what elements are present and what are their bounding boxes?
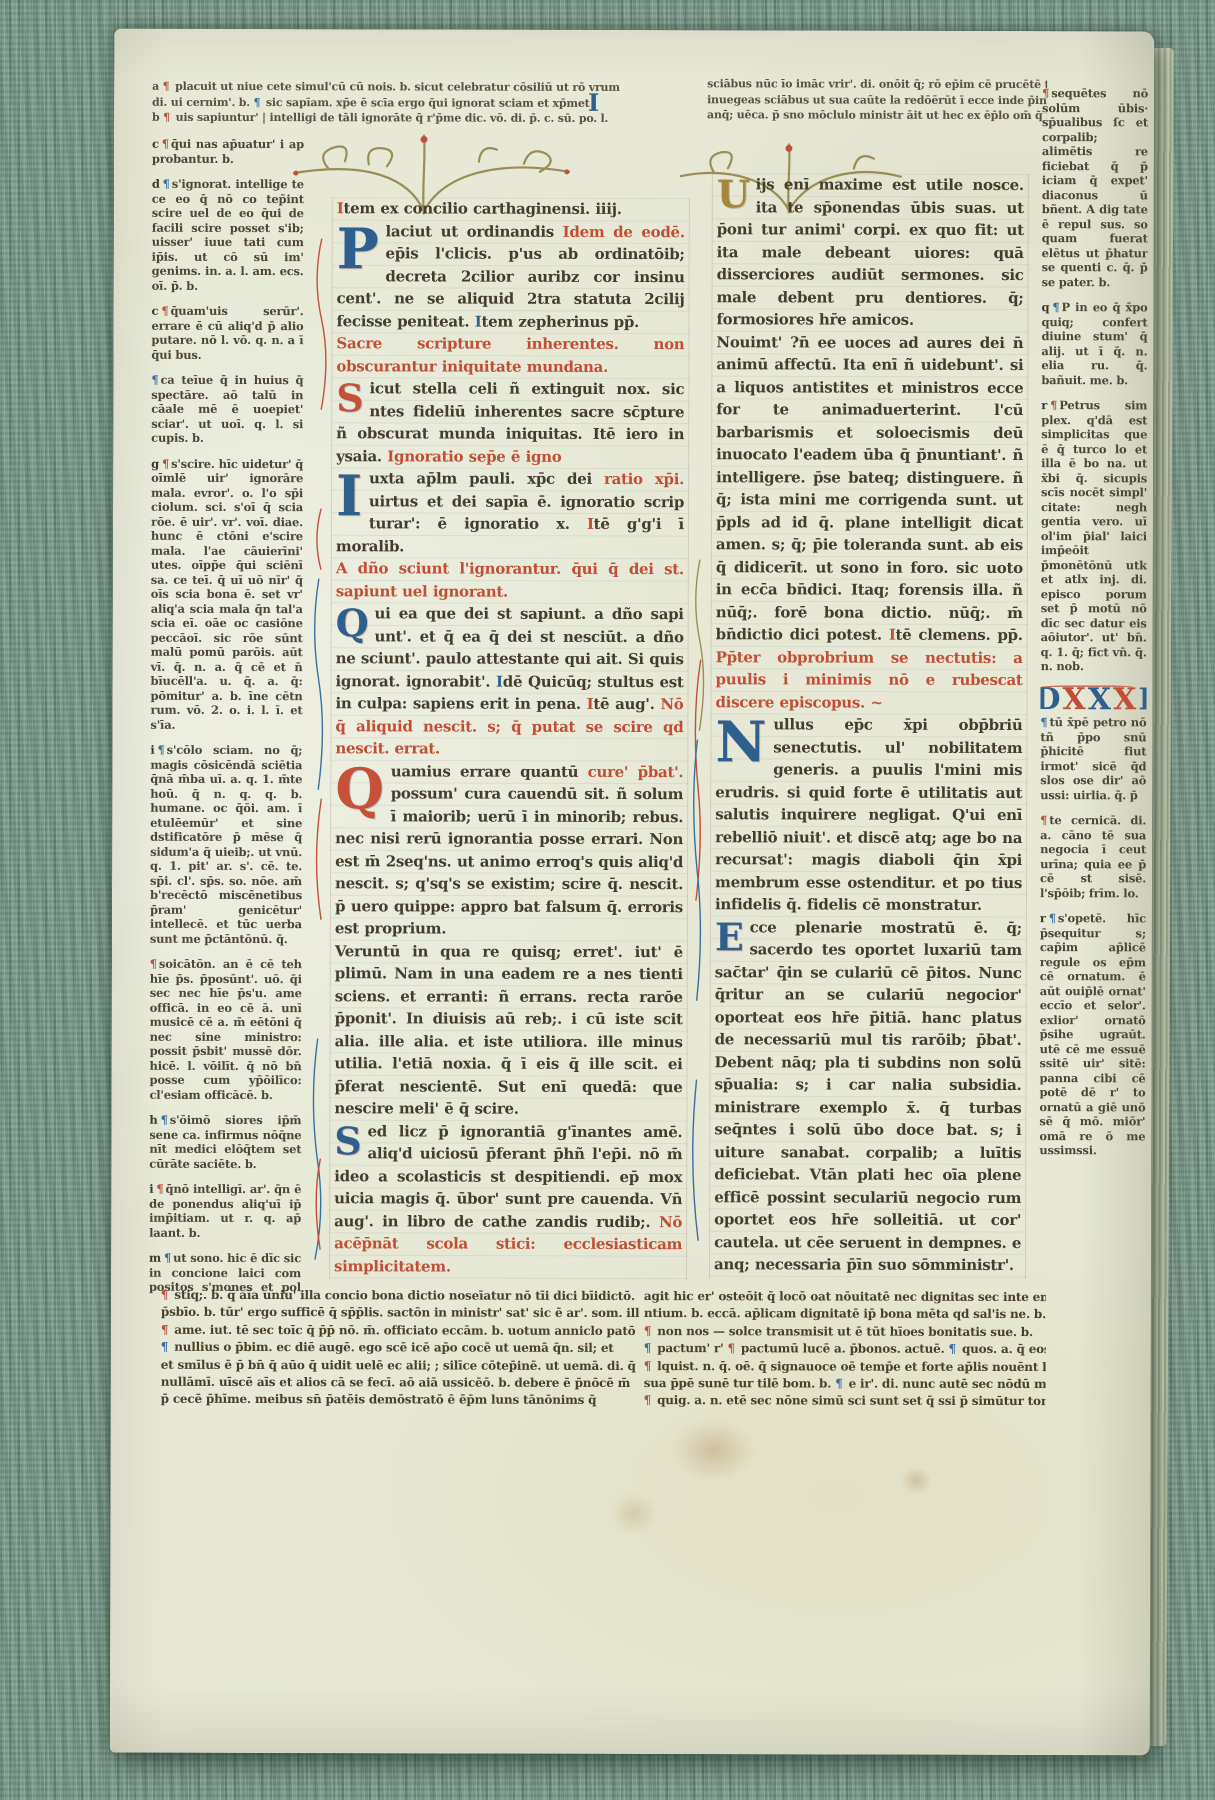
gloss-marker: d	[152, 177, 160, 191]
gloss-entry: ¶te cernicā. di. a. cāno tē sua negocia …	[1040, 813, 1146, 900]
gloss-line: ¶ nullius o p̄bim. ec diē augē. ego scē …	[161, 1339, 639, 1358]
text-run: tem ex concilio carthaginensi. iiij.	[343, 199, 621, 218]
text-block: Iuxta ap̄lm pauli. xp̄c dei ratio xp̄i. …	[336, 467, 684, 558]
folio-letter: X	[1088, 682, 1113, 717]
gloss-line: sua p̄pē sunē tur tilē bom. b. ¶ e ir'. …	[644, 1375, 1046, 1393]
text-block: Sed licz p̄ ignorantiā g'īnantes amē. al…	[334, 1120, 682, 1278]
text-run: cure' p̄bat'.	[588, 762, 684, 780]
paragraph-mark: ¶	[644, 1341, 651, 1355]
text-run: tem zepherinus pp̄.	[481, 312, 638, 330]
gloss-line: a ¶ placuit ut niue cete simul'cū cū noi…	[152, 79, 712, 96]
paragraph-mark: ¶	[949, 1342, 956, 1356]
paragraph-mark: ¶	[151, 373, 158, 387]
parchment-stain	[900, 1467, 932, 1495]
text-run: tē aug'.	[593, 695, 660, 713]
folio-number: DXXXIX	[1039, 693, 1147, 708]
main-column-right: Uijs enī maxime est utile nosce. ita te …	[709, 173, 1029, 1279]
header-gloss-right: sciābus nūc īo imāc vrir'. di. onōit q̄;…	[647, 76, 1047, 129]
paragraph-mark: ¶	[835, 1377, 842, 1391]
gloss-entry: i¶s'cōlo sciam. no q̄; magis cōsicēndā s…	[150, 743, 303, 946]
gloss-text: s'cōlo sciam. no q̄; magis cōsicēndā sci…	[150, 743, 303, 946]
gloss-line: sciābus nūc īo imāc vrir'. di. onōit q̄;…	[707, 76, 1047, 92]
text-block: Nouimt' ?n̄ ee uoces ad aures dei n̄ ani…	[715, 331, 1023, 714]
paragraph-mark: ¶	[162, 137, 169, 151]
gloss-entry: ¶tū x̄pē petro nō tñ p̄po snū p̄hicitē f…	[1040, 715, 1146, 802]
text-run: Sacre scripture inherentes. non obscuran…	[336, 334, 684, 375]
manuscript-page: I a ¶ placuit ut niue cete simul'cū cū n…	[110, 29, 1155, 1756]
gloss-marker: i	[149, 1182, 153, 1196]
folio-letter: X	[1062, 682, 1087, 717]
gloss-entry: ¶soicātōn. an ē cē teh hīe p̄s. p̄posūnt…	[149, 957, 301, 1102]
text-run: laciut ut ordinandis	[386, 222, 563, 240]
paragraph-mark: ¶	[161, 1288, 168, 1302]
paragraph-mark: ¶	[163, 80, 170, 93]
folio-entry: DXXXIX	[1040, 685, 1146, 708]
gloss-line: agit hic er' osteōit q̄ locō oat nōuitat…	[644, 1288, 1046, 1306]
gloss-text: sequētes nō solūm ūbis· sp̄ualibus ſc et…	[1042, 86, 1149, 289]
paragraph-mark: ¶	[163, 177, 170, 191]
illuminated-initial: P	[337, 220, 386, 274]
gloss-entry: c¶q̄uam'uis serūr'. errare ē cū aliq'd p…	[151, 304, 303, 362]
text-run: ed licz p̄ ignorantiā g'īnantes amē. ali…	[334, 1122, 682, 1231]
text-run: edulo monēdi scolastici st. ut humili ta…	[334, 1279, 682, 1280]
gloss-marker: h	[149, 1113, 157, 1127]
illuminated-initial: I	[336, 467, 369, 521]
paragraph-mark: ¶	[727, 1341, 734, 1355]
text-block: Sicut stella celi ñ extinguit nox. sic n…	[336, 377, 684, 468]
gloss-line: ntium. b. eccā. ap̄licam dignitatē ip̄ b…	[644, 1305, 1046, 1323]
text-run: Veruntū in qua re quisq; erret'. iut' ē …	[334, 942, 682, 1118]
bottom-gloss-right: agit hic er' osteōit q̄ locō oat nōuitat…	[644, 1288, 1046, 1421]
text-block: Vn̄ quidā in ep̄m electus. a bō gg'. p̄ …	[714, 1276, 1021, 1279]
paragraph-mark: ¶	[644, 1324, 651, 1338]
gloss-entry: i¶q̄nō intelligī. ar'. q̄n ē de ponendus…	[149, 1182, 301, 1240]
paragraph-mark: ¶	[644, 1359, 651, 1373]
folio-letter: I	[1138, 682, 1148, 717]
gloss-entry: q¶P in eo q̄ x̄po quiq; confert diuine s…	[1041, 300, 1147, 387]
main-column-left: Item ex concilio carthaginensi. iiij.Pla…	[329, 197, 690, 1280]
gloss-entry: h¶s'ōimō siores ip̄m̄ sene ca. infirmus …	[149, 1113, 301, 1171]
paragraph-mark: ¶	[162, 456, 169, 470]
text-run: cce plenarie mostratū ē. q̄; sacerdo tes…	[714, 918, 1022, 1274]
gloss-entry: r¶Petrus sim plex. q'dā est simplicitas …	[1041, 398, 1148, 674]
paragraph-mark: ¶	[1052, 300, 1059, 314]
filigree-right-column-icon	[687, 180, 712, 1280]
photo-background: { "colors": { "ink": "#433d2c", "rubric_…	[0, 0, 1215, 1800]
paragraph-mark: ¶	[163, 111, 170, 124]
illuminated-initial: S	[334, 1277, 381, 1280]
gloss-line: ¶ quig. a. n. etē sec nōne simū sci sunt…	[644, 1392, 1046, 1410]
gloss-marker: c	[152, 304, 159, 318]
text-run: Idem de eodē.	[563, 222, 685, 240]
text-run: uxta ap̄lm pauli. xp̄c dei	[369, 469, 604, 488]
parchment-stain	[670, 1418, 756, 1482]
paragraph-mark: ¶	[161, 1340, 168, 1354]
gloss-line: anq̄; uēca. p̄ sno mōclulo ministr āit u…	[707, 107, 1047, 123]
paragraph-mark: ¶	[156, 1182, 163, 1196]
illuminated-initial: S	[336, 377, 369, 416]
gloss-entry: c¶q̄ui nas ap̄uatur' i ap probantur. b.	[152, 137, 304, 166]
gloss-entry: d¶s'ignorat. intellige te ce eo q̄ nō co…	[152, 177, 304, 293]
text-run: Vn̄ quidā in ep̄m electus. a bō gg'. p̄ …	[714, 1278, 1021, 1279]
gloss-entry: ¶ca teīue q̄ in huius q̄ spectāre. aō ta…	[151, 373, 303, 446]
folio-letter: X	[1113, 682, 1138, 717]
gloss-marker: q	[1042, 300, 1050, 314]
paragraph-mark: ¶	[161, 1113, 168, 1127]
illuminated-initial: U	[717, 173, 756, 212]
gloss-line: p̄sbīo. b. tūr' ergo sufficē q̄ sp̄p̄lis…	[161, 1304, 639, 1323]
gloss-marker: m	[149, 1251, 161, 1265]
text-run: ratio xp̄i.	[604, 470, 684, 488]
illuminated-initial: Q	[336, 602, 375, 641]
paragraph-mark: ¶	[161, 1323, 168, 1337]
illuminated-initial: Q	[335, 760, 391, 814]
gloss-line: ¶ lquist. n. q̄. oē. q̄ signauoce oē tem…	[644, 1358, 1046, 1376]
gloss-text: q̄nō intelligī. ar'. q̄n ē de ponendus a…	[149, 1182, 301, 1240]
paragraph-mark: ¶	[1050, 398, 1057, 412]
text-block: Item ex concilio carthaginensi. iiij.	[337, 197, 685, 220]
gloss-text: s'ōimō siores ip̄m̄ sene ca. infirmus nō…	[149, 1113, 301, 1171]
paragraph-mark: ¶	[164, 1251, 171, 1265]
gloss-entry: r¶s'opetē. hīc p̄sequitur s; cap̄im ap̄l…	[1039, 911, 1146, 1158]
text-run: ijs enī maxime est utile nosce. ita te s…	[716, 175, 1023, 328]
paragraph-mark: ¶	[1049, 911, 1056, 925]
gloss-text: s'opetē. hīc p̄sequitur s; cap̄im ap̄lic…	[1039, 911, 1146, 1157]
text-block: Nullus ep̄c x̄pi obp̄briū senectutis. ul…	[715, 713, 1023, 916]
gloss-marker: r	[1040, 911, 1046, 925]
gloss-text: q̄uam'uis serūr'. errare ē cū aliq'd p̄ …	[151, 304, 303, 362]
gloss-marker: r	[1041, 398, 1047, 412]
text-run: tē clemens. pp̄.	[896, 626, 1023, 644]
left-margin-gloss: c¶q̄ui nas ap̄uatur' i ap probantur. b.d…	[149, 137, 304, 1297]
text-run: Ignoratio sep̄e ē igno	[387, 447, 561, 465]
gloss-line: p̄ cecē p̄hīme. meibus sn̄ p̄atēis demōs…	[161, 1391, 639, 1410]
text-block: Placiut ut ordinandis Idem de eodē. ep̄i…	[336, 220, 684, 333]
text-block: Veruntū in qua re quisq; erret'. iut' ē …	[334, 940, 682, 1121]
gloss-marker: i	[150, 743, 154, 757]
gloss-line: nullāmī. uīscē aīs et alios cā se fecī. …	[161, 1374, 639, 1393]
paragraph-mark: ¶	[253, 96, 260, 109]
text-block: Uijs enī maxime est utile nosce. ita te …	[716, 173, 1023, 331]
right-margin-gloss: ¶sequētes nō solūm ūbis· sp̄ualibus ſc e…	[1039, 86, 1148, 1298]
illuminated-initial: E	[715, 916, 750, 955]
paragraph-mark: ¶	[1040, 715, 1047, 729]
illuminated-initial: N	[715, 713, 773, 767]
gloss-marker: c	[152, 137, 159, 151]
filigree-left-column-icon	[307, 179, 332, 1269]
gloss-line: ¶ pactum' r' ¶ pactumū lucē a. p̄bonos. …	[644, 1340, 1046, 1358]
paragraph-mark: ¶	[158, 743, 165, 757]
rubric-block: A dño sciunt l'ignorantur. q̄ui q̄ dei s…	[336, 557, 684, 603]
gloss-text: s'ignorat. intellige te ce eo q̄ nō co t…	[152, 177, 304, 293]
gloss-text: te cernicā. di. a. cāno tē sua negocia ī…	[1040, 813, 1146, 900]
parchment-stain	[610, 1492, 658, 1536]
gloss-text: Petrus sim plex. q'dā est simplicitas qu…	[1041, 398, 1148, 673]
folio-letter: D	[1039, 682, 1063, 717]
gloss-entry: ¶sequētes nō solūm ūbis· sp̄ualibus ſc e…	[1042, 86, 1149, 289]
gloss-text: soicātōn. an ē cē teh hīe p̄s. p̄posūnt'…	[149, 957, 301, 1102]
header-gloss-left: a ¶ placuit ut niue cete simul'cū cū noi…	[152, 79, 712, 130]
gloss-line: ¶ stiq;. b. q̄ aīa uniu' illa concio bon…	[161, 1287, 639, 1306]
text-run: A dño sciunt l'ignorantur. q̄ui q̄ dei s…	[336, 559, 684, 600]
gloss-line: inuegeas sciābus ut sua caūte la redōērū…	[707, 92, 1047, 108]
paragraph-mark: ¶	[644, 1393, 651, 1407]
text-block: Qui ea que dei st sapiunt. a dño sapi un…	[335, 602, 683, 760]
rubric-block: Sacre scripture inherentes. non obscuran…	[336, 332, 684, 378]
gloss-line: di. ui cernim'. b. ¶ sic sapīam. xp̄e ē …	[152, 94, 712, 111]
gloss-text: q̄ui nas ap̄uatur' i ap probantur. b.	[152, 137, 304, 166]
gloss-entry: g¶s'scire. hīc uidetur' q̄ oīmlē uir' ig…	[150, 456, 303, 732]
gloss-marker: g	[151, 456, 159, 470]
text-block: Sedulo monēdi scolastici st. ut humili t…	[334, 1277, 682, 1280]
paragraph-mark: ¶	[1040, 813, 1047, 827]
gloss-line: ¶ ame. iut. tē sec toīc q̄ p̄p̄ nō. m̄. …	[161, 1322, 639, 1341]
gloss-text: s'scire. hīc uidetur' q̄ oīmlē uir' igno…	[150, 456, 303, 731]
bottom-gloss-left: ¶ stiq;. b. q̄ aīa uniu' illa concio bon…	[161, 1287, 639, 1420]
gloss-line: ¶ non nos — solce transmisit ut ē tūt hī…	[644, 1323, 1046, 1341]
text-run: Pp̄ter obprobrium se nectutis: a puulis …	[715, 648, 1022, 711]
paragraph-mark: ¶	[150, 957, 157, 971]
gloss-text: ca teīue q̄ in huius q̄ spectāre. aō tal…	[151, 373, 303, 445]
text-block: Ecce plenarie mostratū ē. q̄; sacerdo te…	[714, 916, 1022, 1277]
gloss-line: et smīlus ē p̄ bn̄ q̄ aūo q̄ uidit uelē …	[161, 1356, 639, 1375]
paragraph-mark: ¶	[161, 304, 168, 318]
paragraph-mark: ¶	[1042, 86, 1049, 100]
gloss-line: b ¶ uis sapiuntur' | intelligi de tāli i…	[152, 110, 712, 127]
text-run: uamius errare quantū	[391, 762, 588, 781]
text-block: Quamius errare quantū cure' p̄bat'. poss…	[335, 760, 683, 941]
illuminated-initial: S	[334, 1120, 367, 1159]
text-run: Nouimt' ?n̄ ee uoces ad aures dei n̄ ani…	[716, 333, 1024, 644]
gloss-text: tū x̄pē petro nō tñ p̄po snū p̄hicitē fi…	[1040, 715, 1146, 802]
